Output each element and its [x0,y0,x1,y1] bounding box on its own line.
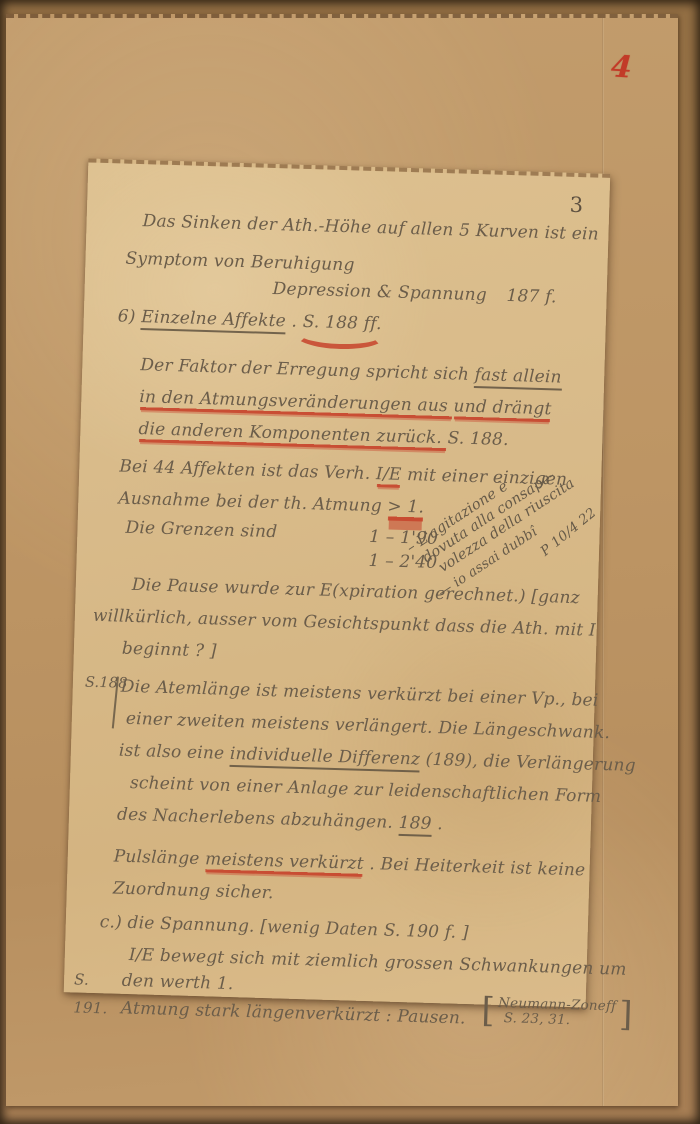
text: des Nacherlebens abzuhängen. [117,805,399,833]
manuscript-line: 191. Atmung stark längenverkürzt : Pause… [73,992,568,1037]
manuscript-line: des Nacherlebens abzuhängen. 189 . [117,802,574,842]
text: ist also eine [119,741,231,764]
heading-number: 6) [118,306,136,327]
text: Atmung stark längenverkürzt : Pausen. [121,998,466,1028]
margin-page-reference: S. [74,966,117,993]
note-page-number: 3 [569,193,583,217]
page-reference: S. 188. [447,428,509,450]
ratio-symbol: I/E [376,464,402,485]
text: scheint von einer Anlage zur leidenschaf… [130,773,602,807]
text: Der Faktor der Erregung spricht sich [140,355,475,385]
manuscript-line: Zuordnung sicher. [112,875,571,915]
literature-reference: [ Neumann-Zoneff S. 23, 31. ] [481,995,633,1029]
photographed-album-page: 4 3 Das Sinken der Ath.-Höhe auf allen 5… [0,0,700,1124]
text: c.) die Spannung. [wenig Daten S. 190 f.… [100,912,469,943]
backing-sheet: 4 3 Das Sinken der Ath.-Höhe auf allen 5… [6,14,678,1106]
margin-page-reference: S.188 [85,675,128,692]
bracket: [ [481,995,495,1025]
reference-text: Neumann-Zoneff S. 23, 31. [494,996,619,1030]
text: Symptom von Beruhigung [125,249,355,276]
text: den werth 1. [121,971,233,994]
manuscript-line: die anderen Komponenten zurück. S. 188. [138,416,585,455]
text: Depression & Spannung [272,279,487,305]
album-page-number: 4 [610,49,633,85]
red-underlined-text: und drängt [453,396,552,419]
text: Bei 44 Affekten ist das Verh. [119,456,376,484]
manuscript-line: beginnt ? ] [122,636,579,676]
margin-page-reference: 191. [73,994,116,1021]
text: . Bei Heiterkeit ist keine [369,854,585,880]
red-underlined-value: > 1. [387,496,424,517]
section-heading: 6) Einzelne Affekte . S. 188 ff. [117,303,588,343]
page-reference-red-arc: S. 188 ff. [302,309,382,337]
red-underlined-text: die anderen Komponenten zurück. [138,419,448,448]
label: Die Grenzen sind [125,518,277,542]
manuscript-line: Das Sinken der Ath.-Höhe auf allen 5 Kur… [142,208,591,247]
underlined-text: fast allein [474,365,562,391]
text: (189), die Verlängerung [425,750,636,776]
atemlaenge-paragraph: S.188 Die Atemlänge ist meistens verkürz… [117,674,577,841]
manuscript-note: 3 Das Sinken der Ath.-Höhe auf allen 5 K… [64,158,611,1007]
bracket: ] [619,1000,633,1030]
red-underlined-text: meistens verkürzt [205,849,364,874]
text: Die Atemlänge ist meistens verkürzt bei … [121,677,599,711]
text: . [437,814,443,834]
text: Zuordnung sicher. [113,878,274,903]
text: Pulslänge [113,847,205,870]
text: Ausnahme bei der th. Atmung [118,488,388,516]
text: beginnt ? ] [122,639,217,662]
red-underlined-text: in den Atmungsveränderungen aus [139,387,454,416]
page-reference: 187 f. [506,286,557,307]
text: willkürlich, ausser vom Gesichtspunkt da… [93,606,597,641]
text: Die Pause wurde zur E(xpiration gerechne… [132,575,581,608]
underlined-page-reference: 189 [398,813,432,837]
text: Das Sinken der Ath.-Höhe auf allen 5 Kur… [142,211,599,245]
text: einer zweiten meistens verlängert. Die L… [126,709,611,743]
underlined-text: individuelle Differenz [230,744,421,773]
heading-title: Einzelne Affekte [141,307,286,334]
